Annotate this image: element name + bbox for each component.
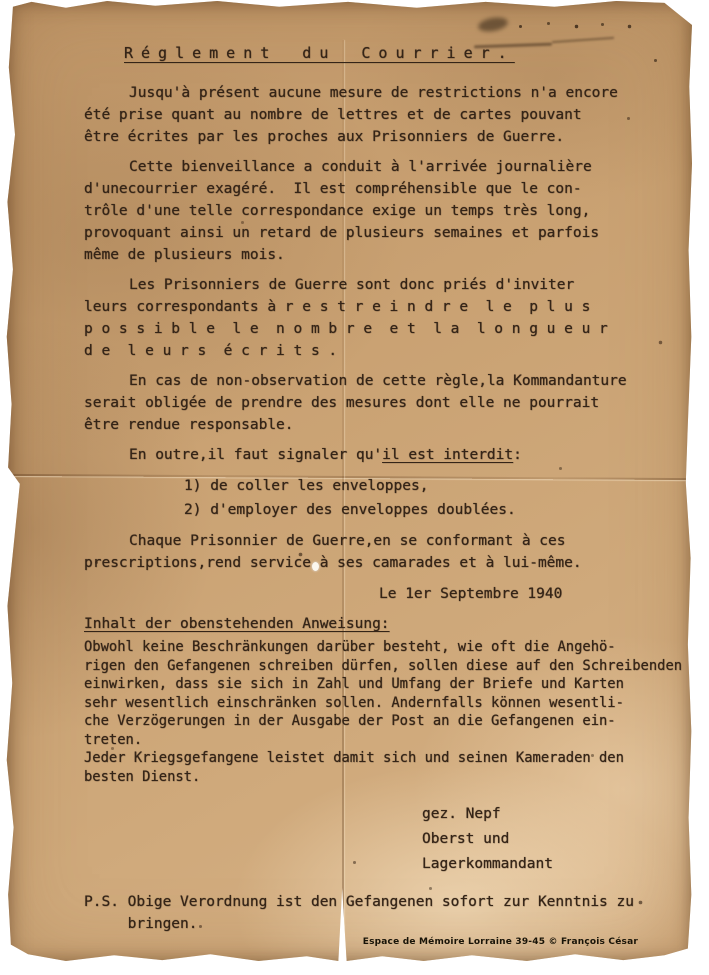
ink-smudge-blob [477,15,509,33]
interdiction-suffix: : [513,447,522,463]
interdiction-list: 1) de coller les enveloppes, 2) d'employ… [184,474,642,522]
doc-title: Réglement du Courrier. [124,44,642,62]
german-body: Obwohl keine Beschränkungen darüber best… [84,638,690,786]
paragraph-intro: Jusqu'à présent aucune mesure de restric… [84,82,642,148]
paragraph-courrier-exagere: Cette bienveillance a conduit à l'arrivé… [84,156,642,266]
paragraph-kommandantur: En cas de non-observation de cette règle… [84,370,642,436]
paragraph-interdiction: En outre,il faut signaler qu'il est inte… [84,444,642,466]
interdiction-underlined: il est interdit [382,447,513,463]
letter-content: Réglement du Courrier. Jusqu'à présent a… [84,38,642,935]
paragraph-restreindre: Les Prisonniers de Guerre sont donc prié… [84,274,642,362]
paper-sheet: Réglement du Courrier. Jusqu'à présent a… [4,0,692,962]
credit-watermark: Espace de Mémoire Lorraine 39-45 © Franç… [363,937,638,947]
interdiction-prefix: En outre,il faut signaler qu' [129,447,382,463]
scanned-document: Réglement du Courrier. Jusqu'à présent a… [0,0,709,975]
signature-block: gez. Nepf Oberst und Lagerkommandant [422,802,642,877]
paper-specks [4,0,5,1]
ps-note: P.S. Obige Verordnung ist den Gefangenen… [84,891,642,935]
paragraph-conclusion: Chaque Prisonnier de Guerre,en se confor… [84,530,642,574]
date-line: Le 1er Septembre 1940 [379,586,642,602]
german-heading: Inhalt der obenstehenden Anweisung: [84,616,642,632]
